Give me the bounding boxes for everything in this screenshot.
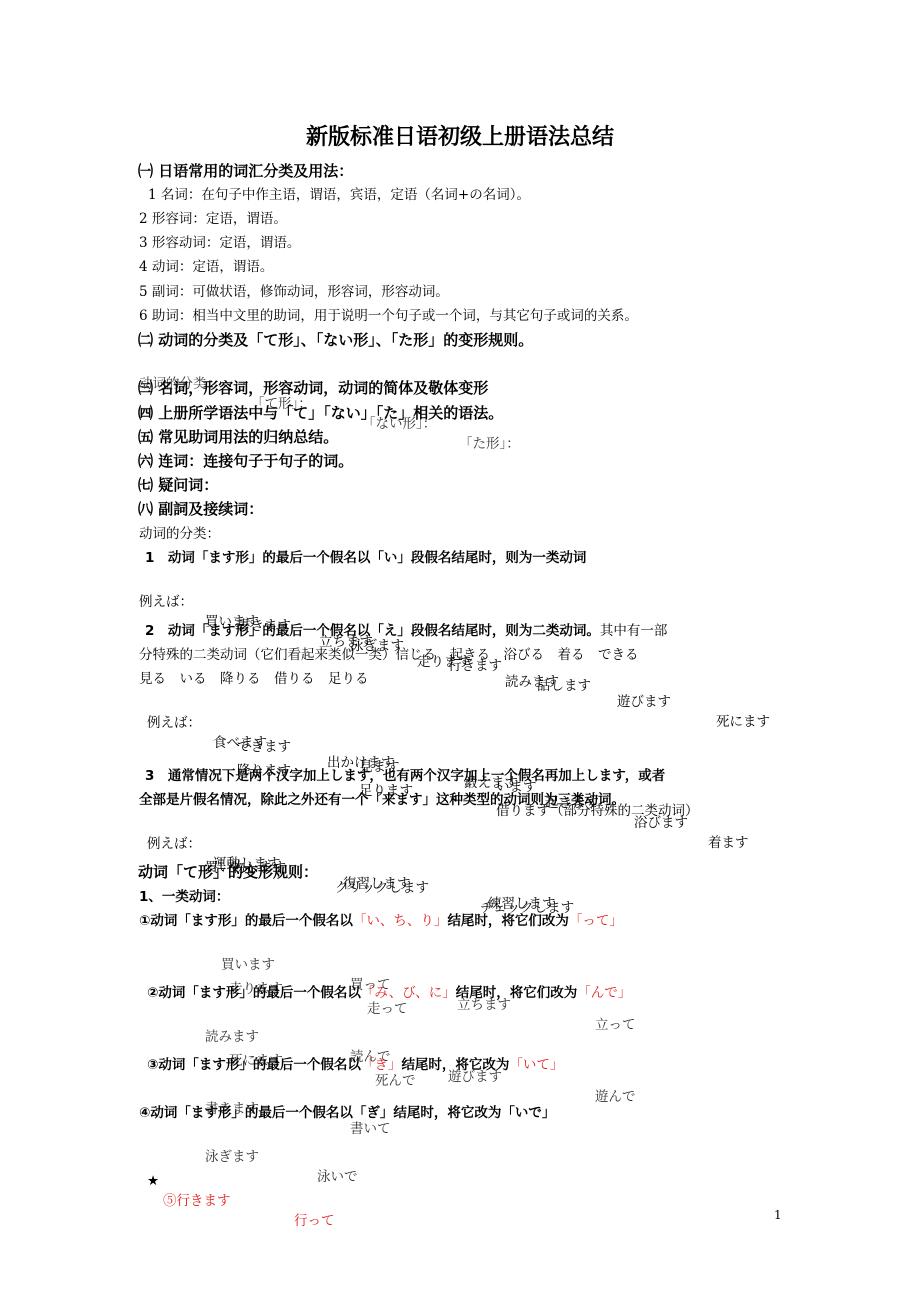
section-5-heading: ㈤ 常见助词用法的归纳总结。	[138, 427, 338, 447]
sec2-sub-line: 动词的分类： 「て形」： 「ない形」： 「た形」：	[139, 354, 839, 374]
page-number: 1	[774, 1208, 782, 1222]
group3-rule-1: 3 通常情况下是两个汉字加上します，也有两个汉字加上一个假名再加上します，或者	[145, 766, 665, 786]
rule-result: 「いて」	[509, 1057, 563, 1073]
group2-example-row-3: 降ります 足ります 借ります（部分特殊的二类动词）	[147, 741, 807, 761]
section-7-heading: ㈦ 疑问词：	[138, 475, 218, 495]
te-rule-3-row-1: 書きます 書いて	[139, 1079, 799, 1099]
rule-prefix: ③动词「ます形」的最后一个假名以	[147, 1057, 361, 1073]
rule-middle: 结尾时，将它们改为	[447, 913, 569, 929]
te-rule-2-row-1: 読みます 読んで 遊びます 遊んで	[139, 1007, 799, 1027]
sec1-item-2: 2 形容词：定语，谓语。	[139, 209, 287, 229]
verb-te-special: 行って	[294, 1211, 335, 1231]
te-rule-4-row-1: 泳ぎます 泳いで	[139, 1127, 799, 1147]
group1-example-row-1: 例えば： 買います 立ちます 走ります 読みます 遊びます 死にます	[139, 572, 799, 592]
sec1-item-4: 4 动词：定语，谓语。	[139, 257, 273, 277]
te-special-row: ★ ⑤行きます 行って	[147, 1151, 807, 1171]
rule-prefix: ①动词「ます形」的最后一个假名以	[139, 913, 353, 929]
sec1-item-1: 1 名词：在句子中作主语，谓语，宾语，定语（名词+の名词）。	[148, 185, 530, 205]
group2-example-row-1: 例えば： 食べます 出かけます 鍛えます 起きます 浴びます 着ます	[147, 693, 807, 713]
section-8-heading: ㈧ 副詞及接续词：	[138, 499, 263, 519]
group2-rule-bold: 2 动词「ます形」的最后一个假名以「え」段假名结尾时，则为二类动词。	[145, 623, 600, 639]
group1-rule: 1 动词「ます形」的最后一个假名以「い」段假名结尾时，则为一类动词	[145, 548, 586, 568]
section-3-heading: ㈢ 名词，形容词，形容动词，动词的简体及敬体变形	[138, 378, 488, 398]
group2-rule-tail: 其中有一部	[600, 623, 668, 639]
document-page: 新版标准日语初级上册语法总结 ㈠ 日语常用的词汇分类及用法： 1 名词：在句子中…	[0, 0, 920, 1302]
group2-cont-1: 分特殊的二类动词（它们看起来类似一类）信じる 起きる 浴びる 着る できる	[139, 645, 639, 665]
te-rule-2-row-2: 死にます 死んで	[139, 1031, 799, 1051]
sec1-item-5: 5 副词：可做状语，修饰动词，形容词，形容动词。	[139, 282, 449, 302]
group3-example-row-1: 例えば： 運動します 復習します 練習します	[147, 814, 807, 834]
rule-middle: 结尾时，将它们改为	[456, 985, 578, 1001]
group2-example-row-2: できます 見ます います	[147, 717, 807, 737]
star-icon: ★	[147, 1171, 159, 1191]
sec1-item-3: 3 形容动词：定语，谓语。	[139, 233, 300, 253]
te-rule-1-row-2: 走ります 走って	[139, 959, 799, 979]
te-rule-4: ④动词「ます形」的最后一个假名以「ぎ」结尾时，将它改为「いで」	[139, 1103, 555, 1123]
rule-prefix: ②动词「ます形」的最后一个假名以	[147, 985, 361, 1001]
te-form-group1-label: 1、一类动词：	[139, 887, 229, 907]
group3-rule-2: 全部是片假名情况，除此之外还有一个「来ます」这种类型的动词则为三类动词。	[139, 790, 625, 810]
group3-example-row-2: 買い物します クリックします チェックします	[147, 838, 807, 858]
rule-kana: 「い、ち、り」	[353, 913, 448, 929]
verb-masu-special: ⑤行きます	[163, 1191, 231, 1211]
sec2-sub-ta: 「た形」：	[459, 434, 520, 454]
section-4-heading: ㈣ 上册所学语法中与「て」「ない」「た」相关的语法。	[138, 403, 503, 423]
sec1-item-6: 6 助词：相当中文里的助词，用于说明一个句子或一个词，与其它句子或词的关系。	[139, 306, 638, 326]
te-rule-1-row-1: 買います 買って 立ちます 立って	[139, 935, 799, 955]
page-title: 新版标准日语初级上册语法总结	[0, 120, 920, 151]
te-form-heading: 动词「て形」的变形规则：	[138, 862, 318, 882]
te-rule-3: ③动词「ます形」的最后一个假名以「き」结尾时，将它改为「いて」	[147, 1055, 563, 1075]
rule-middle: 结尾时，将它改为	[401, 1057, 509, 1073]
section-2-heading: ㈡ 动词的分类及「て形」、「ない形」、「た形」的变形规则。	[138, 330, 533, 350]
group1-example-row-2: 書きます 泳ぎます 行きます 話します	[139, 596, 799, 616]
rule-kana: 「き」	[361, 1057, 402, 1073]
verb: クリックします	[335, 878, 429, 898]
rule-kana: 「み、び、に」	[361, 985, 456, 1001]
te-rule-2: ②动词「ます形」的最后一个假名以「み、び、に」结尾时，将它们改为「んで」	[147, 983, 631, 1003]
rule-result: 「って」	[569, 913, 623, 929]
section-6-heading: ㈥ 连词：连接句子于句子的词。	[138, 451, 353, 471]
classification-label: 动词的分类：	[139, 524, 220, 544]
te-rule-1: ①动词「ます形」的最后一个假名以「い、ち、り」结尾时，将它们改为「って」	[139, 911, 623, 931]
group2-rule: 2 动词「ます形」的最后一个假名以「え」段假名结尾时，则为二类动词。其中有一部	[145, 621, 667, 642]
group2-cont-2: 見る いる 降りる 借りる 足りる	[139, 669, 369, 689]
rule-result: 「んで」	[577, 985, 631, 1001]
section-1-heading: ㈠ 日语常用的词汇分类及用法：	[138, 161, 353, 181]
